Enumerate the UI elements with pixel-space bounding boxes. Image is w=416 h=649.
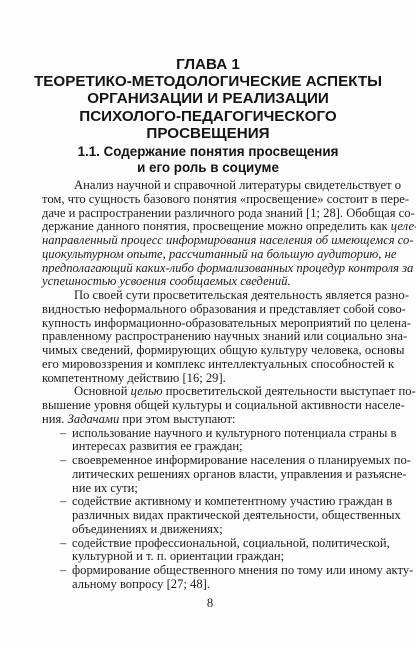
text-run: использование научного и культурного пот…: [72, 426, 396, 440]
italic-line: успешностью усвоения сообщаемых сведений…: [42, 275, 380, 289]
page-number: 8: [200, 596, 220, 611]
text-line: –содействие профессиональной, социальной…: [42, 537, 380, 551]
list-item: –формирование общественного мнения по то…: [42, 564, 380, 592]
text-line: его мировоззрения и комплекс интеллектуа…: [42, 358, 380, 372]
text-run: Основной: [74, 384, 131, 398]
text-line: Основной целью просветительской деятельн…: [42, 385, 380, 399]
section-heading: 1.1. Содержание понятия просвещения и ег…: [40, 144, 376, 175]
paragraph-3: Основной целью просветительской деятельн…: [42, 385, 380, 426]
section-title-line: 1.1. Содержание понятия просвещения: [40, 144, 376, 160]
list-item: –содействие профессиональной, социальной…: [42, 537, 380, 565]
text-line: держание данного понятия, просвещение мо…: [42, 220, 380, 234]
paragraph-2: По своей сути просветительская деятельно…: [42, 289, 380, 385]
text-line: правленному распространению научных знан…: [42, 330, 380, 344]
text-run: содействие активному и компетентному уча…: [72, 494, 392, 508]
text-run: формирование общественного мнения по том…: [72, 563, 413, 577]
text-line: компетентному действию [16; 29].: [42, 372, 380, 386]
text-line: объединениях и движениях;: [42, 523, 380, 537]
text-line: чимых сведений, формирующих общую культу…: [42, 344, 380, 358]
text-line: ния. Задачами при этом выступают:: [42, 413, 380, 427]
text-line: альному вопросу [27; 48].: [42, 578, 380, 592]
chapter-title-line: ПСИХОЛОГО-ПЕДАГОГИЧЕСКОГО: [30, 108, 386, 125]
italic-run: целью: [131, 384, 163, 398]
italic-line: циокультурном опыте, рассчитанный на бол…: [42, 248, 380, 262]
text-line: литических решениях органов власти, упра…: [42, 468, 380, 482]
dash-bullet-icon: –: [60, 454, 66, 468]
italic-line: предполагающий каких-либо формализованны…: [42, 262, 380, 276]
dash-bullet-icon: –: [60, 537, 66, 551]
text-line: Анализ научной и справочной литературы с…: [42, 179, 380, 193]
text-run: при этом выступают:: [119, 412, 235, 426]
italic-line: направленный процесс информирования насе…: [42, 234, 380, 248]
chapter-title-line: ТЕОРЕТИКО-МЕТОДОЛОГИЧЕСКИЕ АСПЕКТЫ: [30, 73, 386, 90]
text-line: том, что сущность базового понятия «прос…: [42, 193, 380, 207]
text-line: –использование научного и культурного по…: [42, 427, 380, 441]
task-list: –использование научного и культурного по…: [42, 427, 380, 592]
text-line: даче и распространении различного рода з…: [42, 207, 380, 221]
text-line: –формирование общественного мнения по то…: [42, 564, 380, 578]
text-run: держание данного понятия, просвещение мо…: [42, 219, 391, 233]
text-run: своевременное информирование населения о…: [72, 453, 411, 467]
dash-bullet-icon: –: [60, 427, 66, 441]
list-item: –содействие активному и компетентному уч…: [42, 495, 380, 536]
section-title-line: и его роль в социуме: [40, 160, 376, 176]
text-run: содействие профессиональной, социальной,…: [72, 536, 390, 550]
chapter-heading: ГЛАВА 1 ТЕОРЕТИКО-МЕТОДОЛОГИЧЕСКИЕ АСПЕК…: [30, 56, 386, 142]
chapter-title-line: ПРОСВЕЩЕНИЯ: [30, 125, 386, 142]
text-line: культурной и т. п. ориентации граждан;: [42, 550, 380, 564]
chapter-number: ГЛАВА 1: [30, 56, 386, 73]
text-line: видностью неформального образования и пр…: [42, 303, 380, 317]
text-line: вышение уровня общей культуры и социальн…: [42, 399, 380, 413]
text-line: –своевременное информирование населения …: [42, 454, 380, 468]
paragraph-1: Анализ научной и справочной литературы с…: [42, 179, 380, 289]
text-run: просветительской деятельности выступает …: [163, 384, 416, 398]
book-page: ГЛАВА 1 ТЕОРЕТИКО-МЕТОДОЛОГИЧЕСКИЕ АСПЕК…: [0, 0, 416, 649]
text-line: различных видах практической деятельност…: [42, 509, 380, 523]
text-line: ние их сути;: [42, 482, 380, 496]
text-line: По своей сути просветительская деятельно…: [42, 289, 380, 303]
dash-bullet-icon: –: [60, 564, 66, 578]
list-item: –использование научного и культурного по…: [42, 427, 380, 455]
text-line: –содействие активному и компетентному уч…: [42, 495, 380, 509]
dash-bullet-icon: –: [60, 495, 66, 509]
italic-run: Задачами: [68, 412, 120, 426]
chapter-title-line: ОРГАНИЗАЦИИ И РЕАЛИЗАЦИИ: [30, 90, 386, 107]
italic-run: целе-: [391, 219, 416, 233]
list-item: –своевременное информирование населения …: [42, 454, 380, 495]
text-line: купность информационно-образовательных м…: [42, 317, 380, 331]
text-line: интересах развития ее граждан;: [42, 440, 380, 454]
text-run: ния.: [42, 412, 68, 426]
body-text: Анализ научной и справочной литературы с…: [42, 179, 380, 592]
